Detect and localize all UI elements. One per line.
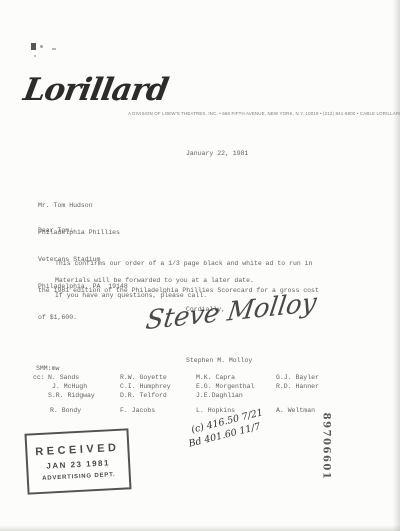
toner-mark <box>34 55 36 57</box>
cc-name: G.J. Bayler <box>276 373 319 382</box>
cc-name: J. McHugh <box>52 382 87 391</box>
cc-name: C.I. Humphrey <box>120 382 171 391</box>
bates-number: 89706601 <box>321 406 332 488</box>
cc-name: A. Weltman <box>276 406 315 415</box>
typist-initials: SMM:mw <box>36 364 59 373</box>
body-line: This confirms our order of a 1/3 page bl… <box>38 259 319 268</box>
salutation: Dear Tom: <box>38 226 73 235</box>
cc-name: S.R. Ridgway <box>48 391 95 400</box>
cc-name: N. Sands <box>48 373 79 382</box>
lorillard-logo: Lorillard <box>21 72 171 108</box>
cc-name: J.E.Daghlian <box>196 391 243 400</box>
stamp-date: JAN 23 1981 <box>46 458 110 470</box>
cc-name: R.W. Goyette <box>120 373 167 382</box>
scanned-letter-page: Lorillard A DIVISION OF LOEW'S THEATRES,… <box>0 0 400 531</box>
letterhead-tagline: A DIVISION OF LOEW'S THEATRES, INC. • 66… <box>128 111 400 116</box>
cc-name: M.K. Capra <box>196 373 235 382</box>
cc-name: E.G. Morgenthal <box>196 382 255 391</box>
body-paragraph-3: If you have any questions, please call. <box>55 291 207 300</box>
letter-date: January 22, 1981 <box>186 149 248 158</box>
stamp-received-text: RECEIVED <box>35 441 120 457</box>
recipient-line: Mr. Tom Hudson <box>38 201 128 210</box>
body-paragraph-2: Materials will be forwarded to you at a … <box>55 276 254 285</box>
scan-edge-shadow <box>0 525 400 531</box>
signer-name: Stephen M. Molloy <box>186 356 252 365</box>
toner-mark <box>40 45 43 48</box>
cc-name: R.D. Hanner <box>276 382 319 391</box>
toner-mark <box>31 43 36 50</box>
cc-name: R. Bondy <box>50 406 81 415</box>
stamp-department: ADVERTISING DEPT. <box>42 472 115 482</box>
cc-label: cc: <box>33 373 45 382</box>
scan-edge-shadow <box>393 0 400 531</box>
toner-mark <box>52 48 56 50</box>
cc-name: F. Jacobs <box>120 406 155 415</box>
received-stamp: RECEIVED JAN 23 1981 ADVERTISING DEPT. <box>24 428 131 494</box>
cc-name: D.R. Telford <box>120 391 167 400</box>
